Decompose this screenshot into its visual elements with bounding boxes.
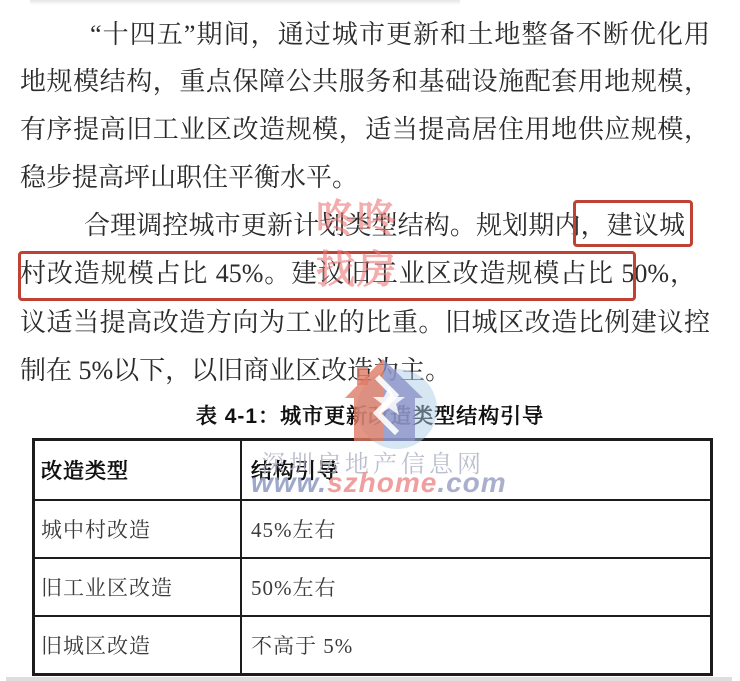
url-domain: szhome [327,467,437,498]
body-text-line: “十四五”期间，通过城市更新和土地整备不断优化用 [90,17,710,53]
scan-artifact-top [30,0,460,5]
body-text-line: 有序提高旧工业区改造规模，适当提高居住用地供应规模， [20,112,710,148]
table-cell-type: 旧城区改造 [35,617,242,673]
site-url-watermark: www.szhome.com [251,467,507,499]
table-cell-guide: 不高于 5% [242,617,710,673]
stamp-watermark: 咚咚 找房 [315,194,399,296]
body-text-line: 制在 5%以下，以旧商业区改造为主。 [20,353,451,389]
table-row: 旧城区改造 不高于 5% [35,615,710,673]
stamp-watermark-line2: 找房 [315,245,399,296]
body-text-line: 议适当提高改造方向为工业的比重。旧城区改造比例建议控 [20,305,710,341]
body-text-line: 稳步提高坪山职住平衡水平。 [20,160,358,196]
table-cell-type: 城中村改造 [35,501,242,557]
table-row: 旧工业区改造 50%左右 [35,557,710,615]
table-row: 城中村改造 45%左右 [35,499,710,557]
url-www: www. [251,467,327,498]
url-tld: .com [437,467,506,498]
red-highlight-box-1 [573,200,693,247]
table-cell-type: 旧工业区改造 [35,559,242,615]
table-caption: 表 4-1：城市更新改造类型结构引导 [30,400,710,430]
document-page: “十四五”期间，通过城市更新和土地整备不断优化用 地规模结构，重点保障公共服务和… [0,0,740,681]
table-cell-guide: 45%左右 [242,501,710,557]
body-text-line: 地规模结构，重点保障公共服务和基础设施配套用地规模， [20,64,710,100]
scan-artifact-bottom [6,677,732,681]
stamp-watermark-line1: 咚咚 [315,194,399,245]
table-cell-guide: 50%左右 [242,559,710,615]
table-header-type: 改造类型 [35,441,242,499]
